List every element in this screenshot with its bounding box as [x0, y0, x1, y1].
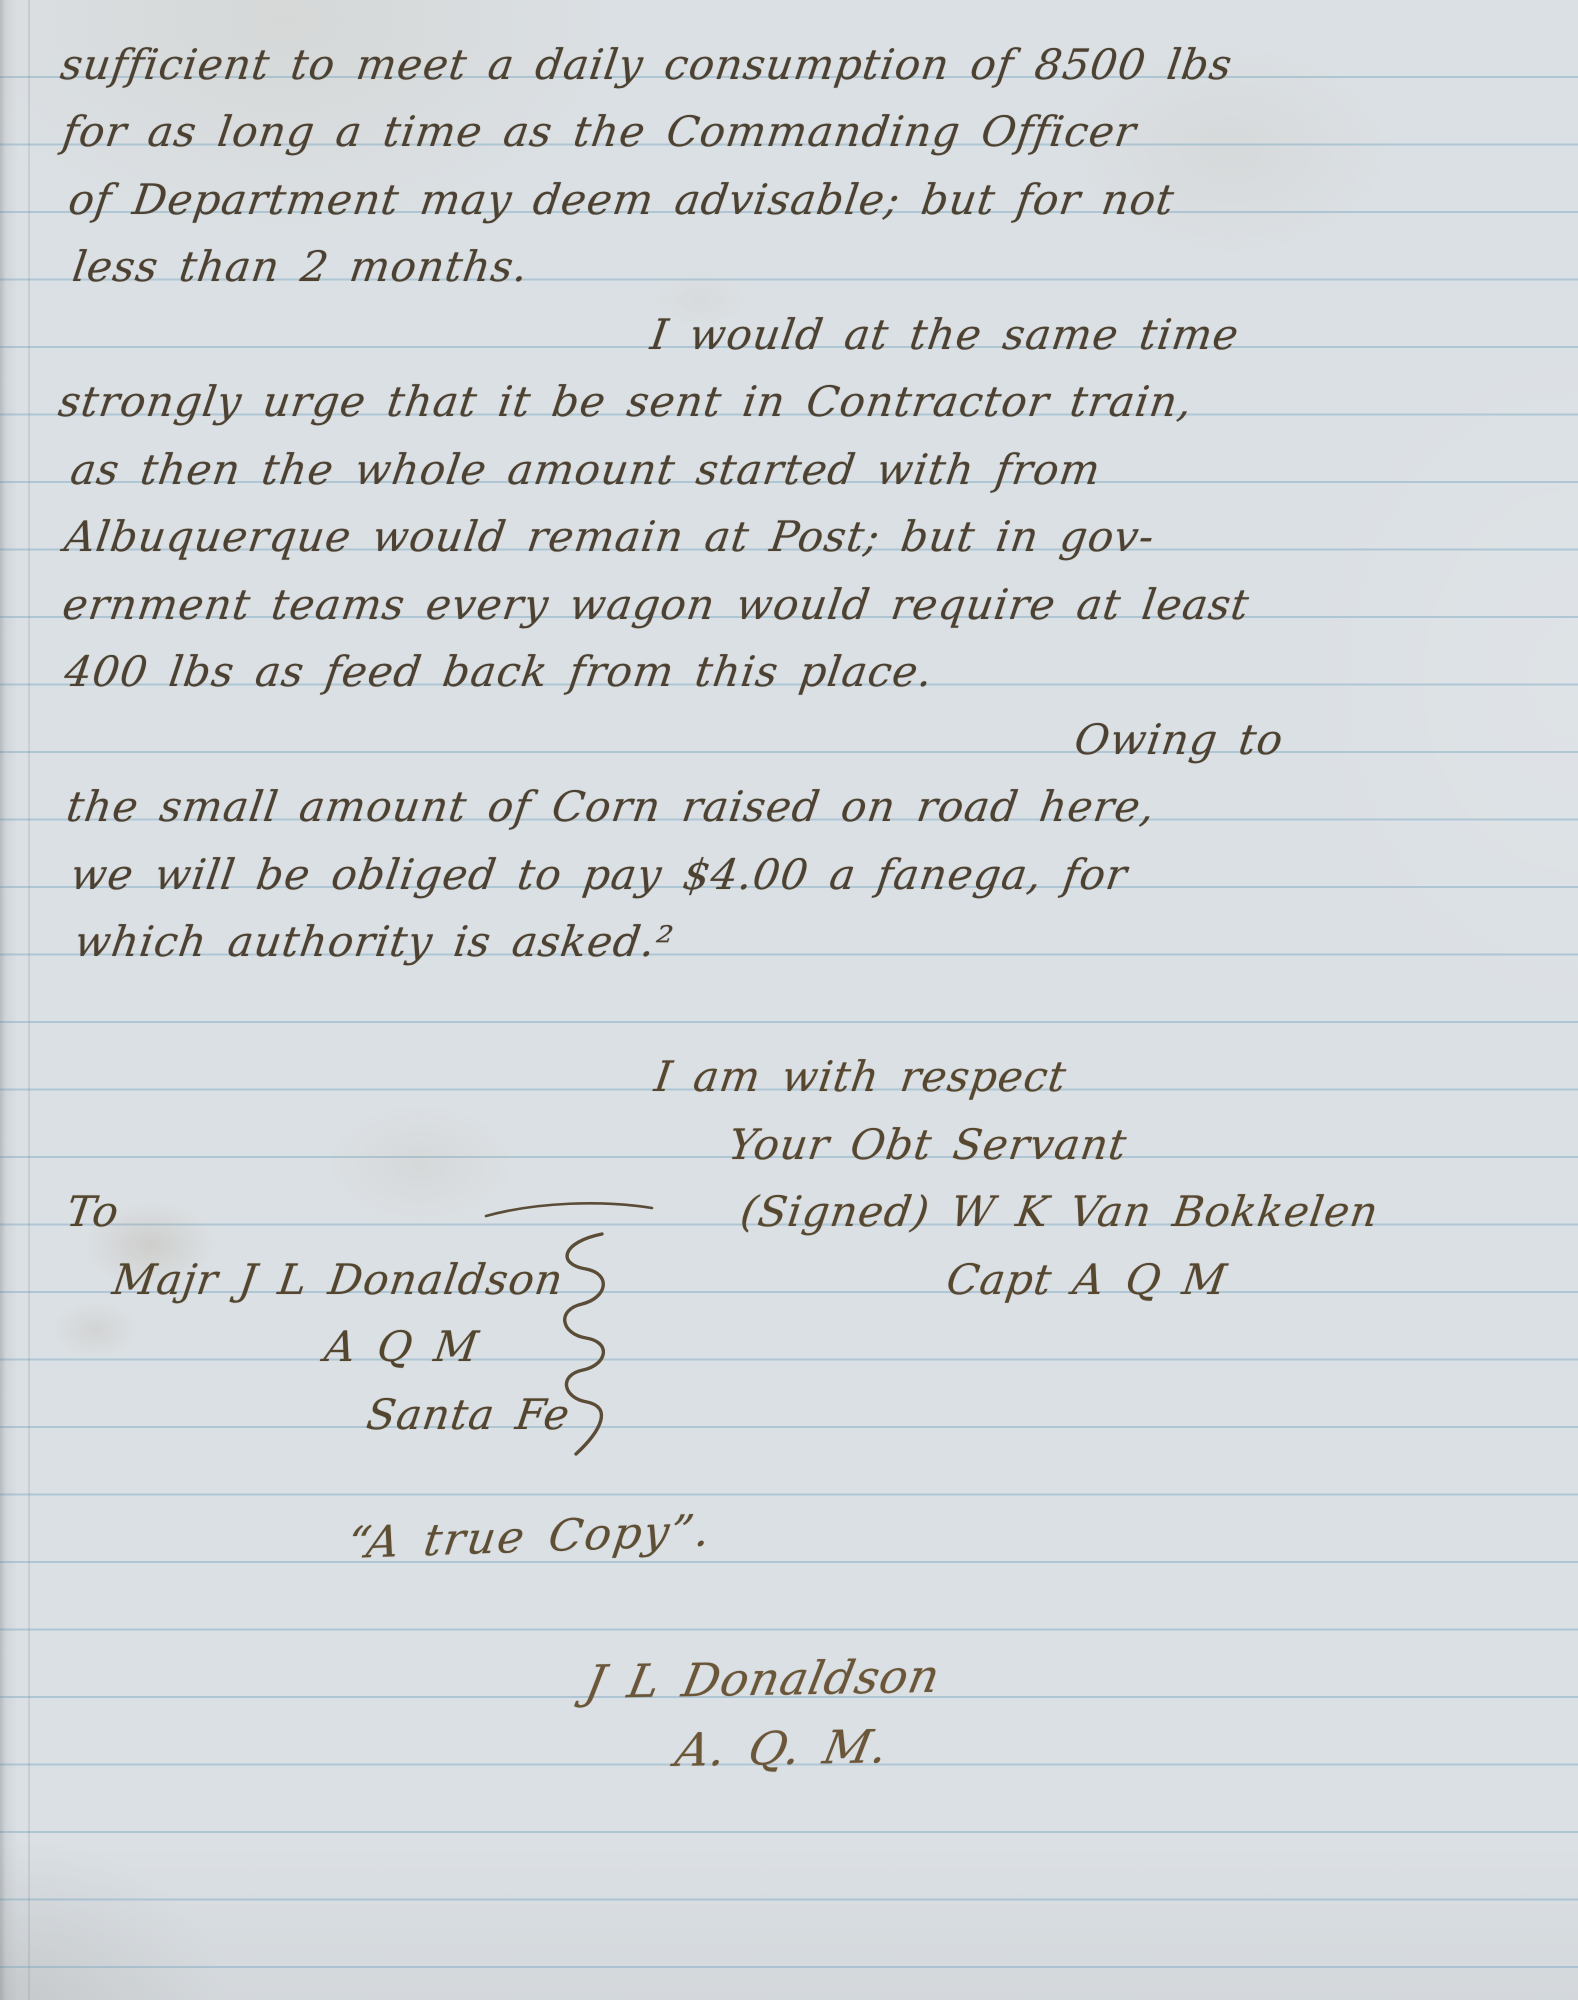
swash-flourish: [482, 1196, 657, 1224]
letter-line-2: for as long a time as the Commanding Off…: [60, 111, 1139, 153]
letter-line-10: 400 lbs as feed back from this place.: [62, 651, 936, 693]
signature-rank: A. Q. M.: [672, 1723, 893, 1773]
letter-line-7: as then the whole amount started with fr…: [68, 449, 1103, 491]
address-name: Majr J L Donaldson: [110, 1259, 566, 1301]
address-place: Santa Fe: [364, 1394, 573, 1436]
closing-servant-line: Your Obt Servant: [726, 1124, 1130, 1166]
letter-line-12: the small amount of Corn raised on road …: [64, 786, 1158, 828]
letter-line-6: strongly urge that it be sent in Contrac…: [56, 381, 1195, 423]
address-title: A Q M: [322, 1326, 481, 1368]
true-copy-certification: “A true Copy”.: [345, 1509, 715, 1566]
ruled-lines: [0, 76, 1578, 2000]
address-to: To: [64, 1191, 122, 1233]
letter-page: sufficient to meet a daily consumption o…: [0, 0, 1578, 2000]
letter-line-5: I would at the same time: [648, 314, 1242, 356]
letter-line-14: which authority is asked.²: [72, 921, 676, 963]
closing-respect-line: I am with respect: [652, 1056, 1069, 1098]
letter-line-13: we will be obliged to pay $4.00 a fanega…: [68, 854, 1130, 896]
closing-signed-line: (Signed) W K Van Bokkelen: [738, 1191, 1381, 1233]
letter-line-9: ernment teams every wagon would require …: [60, 584, 1252, 626]
letter-line-8: Albuquerque would remain at Post; but in…: [62, 516, 1157, 558]
letter-line-11: Owing to: [1072, 719, 1286, 761]
closing-rank-line: Capt A Q M: [944, 1259, 1230, 1301]
letter-line-3: of Department may deem advisable; but fo…: [66, 179, 1177, 221]
letter-line-4: less than 2 months.: [70, 246, 531, 288]
signature-name: J L Donaldson: [582, 1653, 944, 1705]
letter-line-1: sufficient to meet a daily consumption o…: [58, 44, 1235, 86]
